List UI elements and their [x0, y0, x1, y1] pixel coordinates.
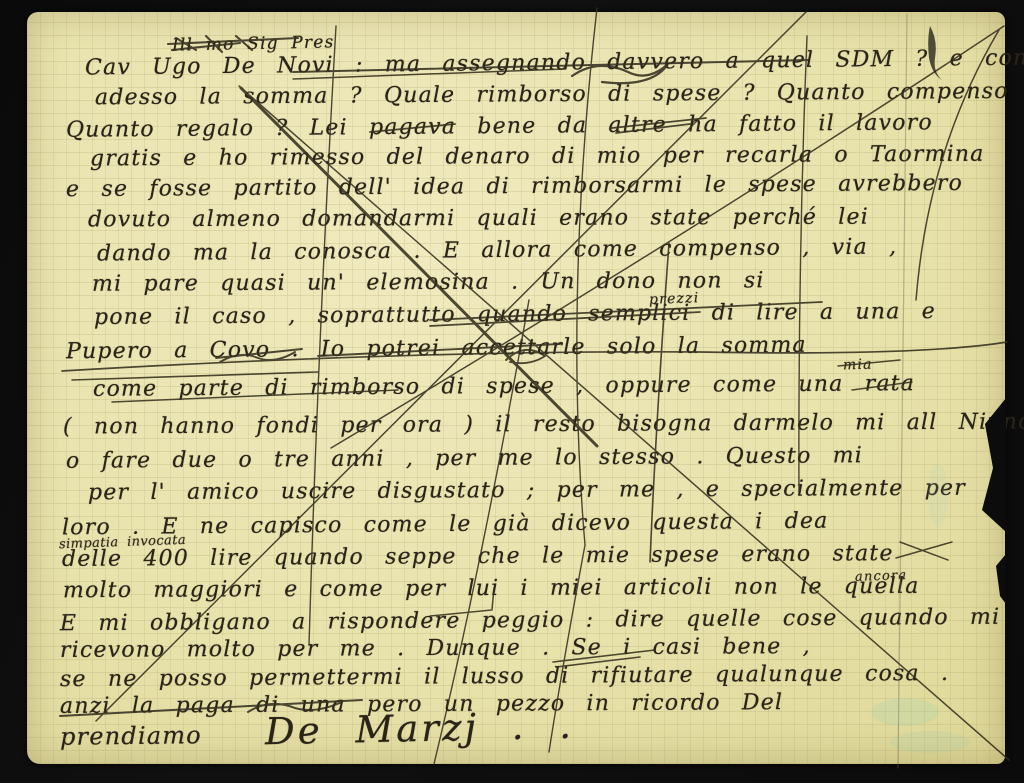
- handwriting-line: e se fosse partito dell' idea di rimbors…: [66, 173, 963, 201]
- superscript-word: prezzi: [649, 291, 700, 307]
- handwriting-line: ( non hanno fondi per ora ) il resto bis…: [63, 411, 1024, 438]
- handwriting-line: come parte di rimborso di spese , oppure…: [93, 373, 915, 401]
- handwriting-line: ricevono molto per me . Dunque . Se i ca…: [60, 636, 811, 662]
- handwriting-line: dando ma la conosca . E allora come comp…: [97, 237, 897, 266]
- closing-word: prendiamo: [60, 723, 202, 748]
- superscript-word: mia: [843, 357, 873, 372]
- photograph-background: Ill mo Sig Pres Cav Ugo De Novi : ma ass…: [0, 0, 1024, 783]
- manuscript-paper: Ill mo Sig Pres Cav Ugo De Novi : ma ass…: [27, 12, 1005, 764]
- handwriting-line: dovuto almeno domandarmi quali erano sta…: [88, 207, 869, 232]
- superscript-word: ancora: [855, 569, 908, 584]
- handwriting-line: se ne posso permettermi il lusso di rifi…: [60, 663, 949, 691]
- handwriting-line: pone il caso , soprattutto quando sempli…: [94, 301, 936, 329]
- handwriting-line: delle 400 lire quando seppe che le mie s…: [62, 543, 894, 571]
- struck-heading: Ill mo Sig Pres: [172, 34, 335, 54]
- handwriting-line: E mi obbligano a rispondere peggio : dir…: [60, 607, 1000, 636]
- handwriting-line: Quanto regalo ? Lei pagava bene da altre…: [66, 112, 933, 142]
- handwriting-line: o fare due o tre anni , per me lo stesso…: [66, 445, 863, 473]
- handwriting-line: per l' amico uscire disgustato ; per me …: [88, 478, 966, 505]
- handwriting-line: molto maggiori e come per lui i miei art…: [63, 576, 920, 602]
- handwriting-line: Pupero a Covo . Io potrei accettarle sol…: [66, 335, 807, 363]
- handwriting-line: adesso la somma ? Quale rimborso di spes…: [95, 81, 1024, 110]
- handwriting-line: gratis e ho rimesso del denaro di mio pe…: [90, 144, 985, 171]
- signature: De Marzj . .: [265, 707, 575, 750]
